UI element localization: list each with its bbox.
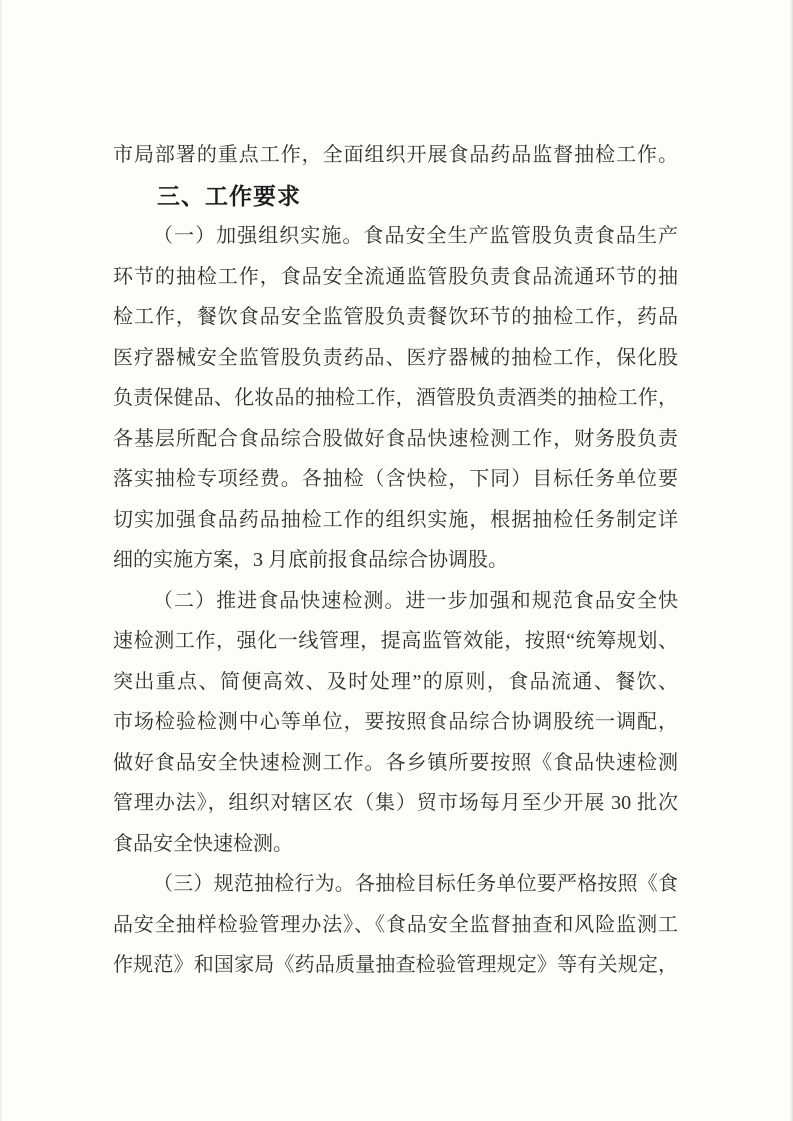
paragraph-2-line: 管理办法》，组织对辖区农（集）贸市场每月至少开展 30 批次 xyxy=(113,783,678,824)
paragraph-1-line: 医疗器械安全监管股负责药品、医疗器械的抽检工作，保化股 xyxy=(113,338,678,379)
paragraph-1-line: 落实抽检专项经费。各抽检（含快检，下同）目标任务单位要 xyxy=(113,459,678,500)
paragraph-2-line: 做好食品安全快速检测工作。各乡镇所要按照《食品快速检测 xyxy=(113,743,678,784)
paragraph-1-line: 检工作，餐饮食品安全监管股负责餐饮环节的抽检工作，药品 xyxy=(113,297,678,338)
paragraph-3-line: （三）规范抽检行为。各抽检目标任务单位要严格按照《食 xyxy=(113,864,678,905)
paragraph-2-line: 食品安全快速检测。 xyxy=(113,824,678,865)
paragraph-2-line: 速检测工作，强化一线管理，提高监管效能，按照“统筹规划、 xyxy=(113,621,678,662)
paragraph-3-line: 品安全抽样检验管理办法》、《食品安全监督抽查和风险监测工 xyxy=(113,905,678,946)
paragraph-1-line: （一）加强组织实施。食品安全生产监管股负责食品生产 xyxy=(113,216,678,257)
paragraph-2-line: （二）推进食品快速检测。进一步加强和规范食品安全快 xyxy=(113,581,678,622)
scanned-document-page: 市局部署的重点工作，全面组织开展食品药品监督抽检工作。 三、工作要求 （一）加强… xyxy=(0,0,793,1121)
paragraph-1-line: 细的实施方案，3 月底前报食品综合协调股。 xyxy=(113,540,678,581)
paragraph-1-line: 负责保健品、化妆品的抽检工作，酒管股负责酒类的抽检工作， xyxy=(113,378,678,419)
paragraph-1-line: 各基层所配合食品综合股做好食品快速检测工作，财务股负责 xyxy=(113,419,678,460)
paragraph-2-line: 市场检验检测中心等单位，要按照食品综合协调股统一调配， xyxy=(113,702,678,743)
paragraph-1-line: 切实加强食品药品抽检工作的组织实施，根据抽检任务制定详 xyxy=(113,500,678,541)
document-body: 市局部署的重点工作，全面组织开展食品药品监督抽检工作。 三、工作要求 （一）加强… xyxy=(113,135,678,986)
paragraph-2-line: 突出重点、简便高效、及时处理”的原则，食品流通、餐饮、 xyxy=(113,662,678,703)
paragraph-3-line: 作规范》和国家局《药品质量抽查检验管理规定》等有关规定， xyxy=(113,945,678,986)
paragraph-line: 市局部署的重点工作，全面组织开展食品药品监督抽检工作。 xyxy=(113,135,678,176)
scan-edge-artifact-left xyxy=(0,0,2,1121)
paragraph-1-line: 环节的抽检工作，食品安全流通监管股负责食品流通环节的抽 xyxy=(113,257,678,298)
section-heading: 三、工作要求 xyxy=(113,176,678,217)
